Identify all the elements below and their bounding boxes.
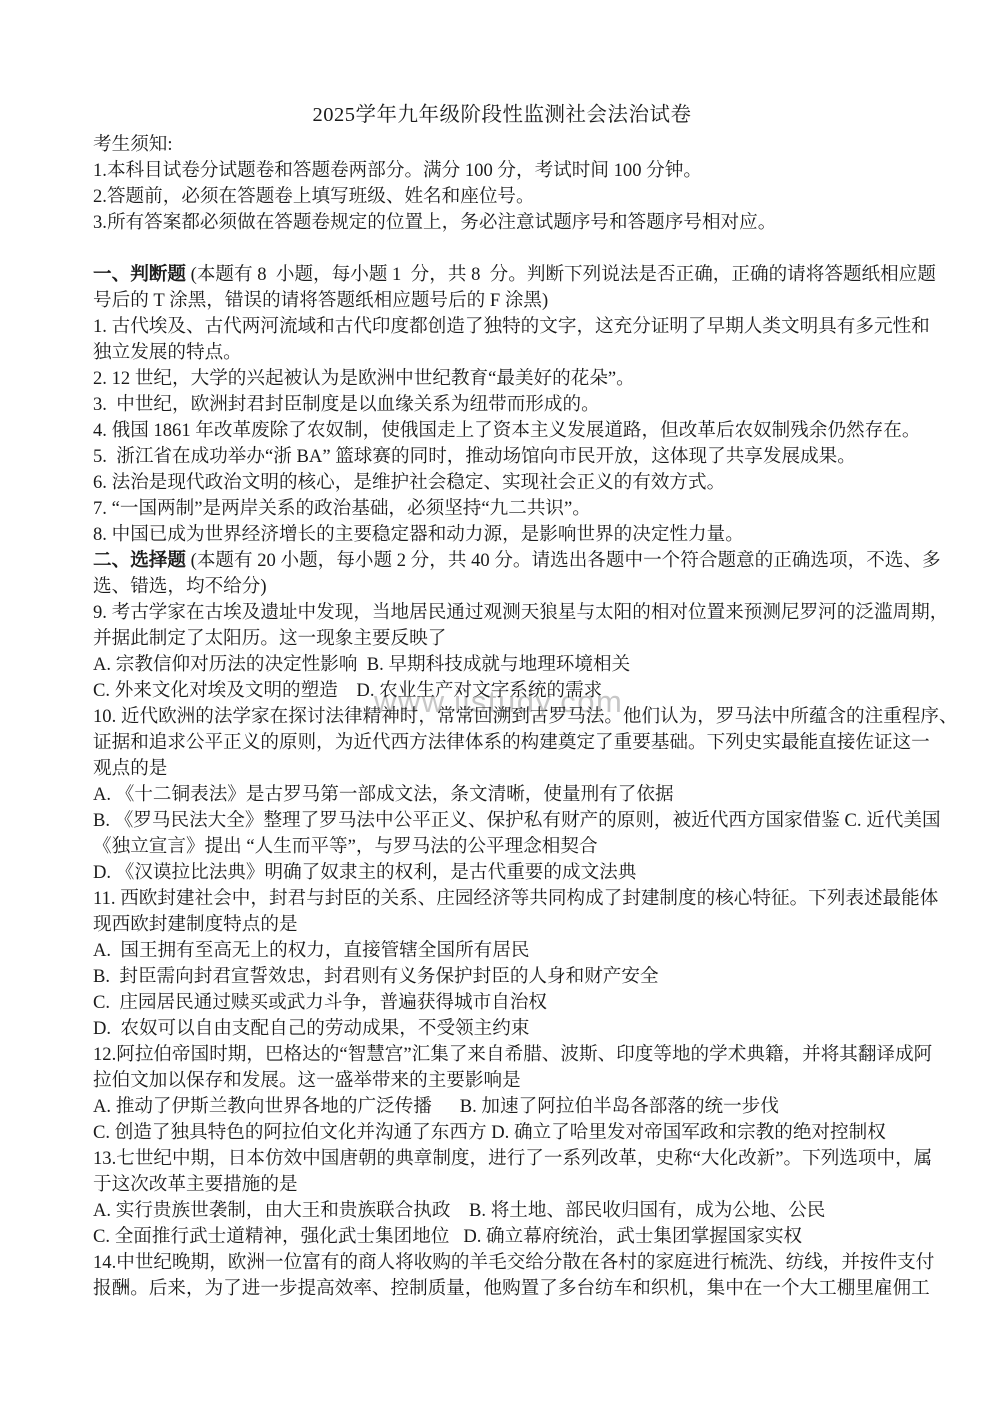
choice-line: A. 推动了伊斯兰教向世界各地的广泛传播 B. 加速了阿拉伯半岛各部落的统一步伐	[93, 1094, 911, 1120]
choice-line: 现西欧封建制度特点的是	[93, 912, 911, 938]
choice-line: 《独立宣言》提出 “人生而平等”，与罗马法的公平理念相契合	[93, 834, 911, 860]
judge-line: 1. 古代埃及、古代两河流域和古代印度都创造了独特的文字，这充分证明了早期人类文…	[93, 314, 911, 340]
choice-line: 11. 西欧封建社会中，封君与封臣的关系、庄园经济等共同构成了封建制度的核心特征…	[93, 886, 911, 912]
choice-line: B. 《罗马民法大全》整理了罗马法中公平正义、保护私有财产的原则，被近代西方国家…	[93, 808, 911, 834]
judge-line: 6. 法治是现代政治文明的核心，是维护社会稳定、实现社会正义的有效方式。	[93, 470, 911, 496]
choice-line: D. 农奴可以自由支配自己的劳动成果，不受领主约束	[93, 1016, 911, 1042]
section1-desc: (本题有 8 小题，每小题 1 分，共 8 分。判断下列说法是否正确，正确的请将…	[186, 264, 936, 285]
section2-desc: (本题有 20 小题，每小题 2 分，共 40 分。请选出各题中一个符合题意的正…	[186, 550, 941, 571]
choice-line: C. 创造了独具特色的阿拉伯文化并沟通了东西方 D. 确立了哈里发对帝国军政和宗…	[93, 1120, 911, 1146]
choice-line: C. 全面推行武士道精神，强化武士集团地位 D. 确立幕府统治，武士集团掌握国家…	[93, 1224, 911, 1250]
choice-line: 13.七世纪中期，日本仿效中国唐朝的典章制度，进行了一系列改革，史称“大化改新”…	[93, 1146, 911, 1172]
choice-line: C. 外来文化对埃及文明的塑造 D. 农业生产对文字系统的需求	[93, 678, 911, 704]
exam-paper-page: www.ijstudy.com 2025学年九年级阶段性监测社会法治试卷 考生须…	[0, 0, 993, 1404]
choice-line: D. 《汉谟拉比法典》明确了奴隶主的权利，是古代重要的成文法典	[93, 860, 911, 886]
choice-line: 并据此制定了太阳历。这一现象主要反映了	[93, 626, 911, 652]
choice-line: 12.阿拉伯帝国时期，巴格达的“智慧宫”汇集了来自希腊、波斯、印度等地的学术典籍…	[93, 1042, 911, 1068]
choice-line: 9. 考古学家在古埃及遗址中发现，当地居民通过观测天狼星与太阳的相对位置来预测尼…	[93, 600, 911, 626]
choice-line: A. 《十二铜表法》是古罗马第一部成文法，条文清晰，使量刑有了依据	[93, 782, 911, 808]
notice-item-3: 3.所有答案都必须做在答题卷规定的位置上，务必注意试题序号和答题序号相对应。	[93, 210, 911, 236]
choice-line: A. 实行贵族世袭制，由大王和贵族联合执政 B. 将土地、部民收归国有，成为公地…	[93, 1198, 911, 1224]
judge-line: 4. 俄国 1861 年改革废除了农奴制，使俄国走上了资本主义发展道路，但改革后…	[93, 418, 911, 444]
judge-line: 8. 中国已成为世界经济增长的主要稳定器和动力源，是影响世界的决定性力量。	[93, 522, 911, 548]
page-title: 2025学年九年级阶段性监测社会法治试卷	[93, 100, 911, 130]
document-content: 2025学年九年级阶段性监测社会法治试卷 考生须知: 1.本科目试卷分试题卷和答…	[93, 100, 911, 1302]
section1-heading-line: 一、判断题 (本题有 8 小题，每小题 1 分，共 8 分。判断下列说法是否正确…	[93, 262, 911, 288]
notice-item-2: 2.答题前，必须在答题卷上填写班级、姓名和座位号。	[93, 184, 911, 210]
judge-line: 2. 12 世纪，大学的兴起被认为是欧洲中世纪教育“最美好的花朵”。	[93, 366, 911, 392]
judge-line: 3. 中世纪，欧洲封君封臣制度是以血缘关系为纽带而形成的。	[93, 392, 911, 418]
judge-line: 7. “一国两制”是两岸关系的政治基础，必须坚持“九二共识”。	[93, 496, 911, 522]
choice-line: 14.中世纪晚期，欧洲一位富有的商人将收购的羊毛交给分散在各村的家庭进行梳洗、纺…	[93, 1250, 911, 1276]
section1-desc-continued: 号后的 T 涂黑，错误的请将答题纸相应题号后的 F 涂黑)	[93, 288, 911, 314]
choice-line: A. 国王拥有至高无上的权力，直接管辖全国所有居民	[93, 938, 911, 964]
choice-line: 报酬。后来，为了进一步提高效率、控制质量，他购置了多台纺车和织机，集中在一个大工…	[93, 1276, 911, 1302]
notice-label: 考生须知:	[93, 132, 911, 158]
choice-line: 拉伯文加以保存和发展。这一盛举带来的主要影响是	[93, 1068, 911, 1094]
section1-label: 一、判断题	[93, 264, 186, 285]
section2-desc-continued: 选、错选，均不给分)	[93, 574, 911, 600]
judge-line: 独立发展的特点。	[93, 340, 911, 366]
choice-line: B. 封臣需向封君宣誓效忠，封君则有义务保护封臣的人身和财产安全	[93, 964, 911, 990]
choice-line: 观点的是	[93, 756, 911, 782]
blank-line	[93, 236, 911, 262]
section2-heading-line: 二、选择题 (本题有 20 小题，每小题 2 分，共 40 分。请选出各题中一个…	[93, 548, 911, 574]
choice-line: 于这次改革主要措施的是	[93, 1172, 911, 1198]
choice-line: 10. 近代欧洲的法学家在探讨法律精神时，常常回溯到古罗马法。他们认为，罗马法中…	[93, 704, 911, 730]
choice-line: 证据和追求公平正义的原则，为近代西方法律体系的构建奠定了重要基础。下列史实最能直…	[93, 730, 911, 756]
choice-line: C. 庄园居民通过赎买或武力斗争，普遍获得城市自治权	[93, 990, 911, 1016]
notice-item-1: 1.本科目试卷分试题卷和答题卷两部分。满分 100 分，考试时间 100 分钟。	[93, 158, 911, 184]
section2-label: 二、选择题	[93, 550, 186, 571]
choice-line: A. 宗教信仰对历法的决定性影响 B. 早期科技成就与地理环境相关	[93, 652, 911, 678]
judge-line: 5. 浙江省在成功举办“浙 BA” 篮球赛的同时，推动场馆向市民开放，这体现了共…	[93, 444, 911, 470]
